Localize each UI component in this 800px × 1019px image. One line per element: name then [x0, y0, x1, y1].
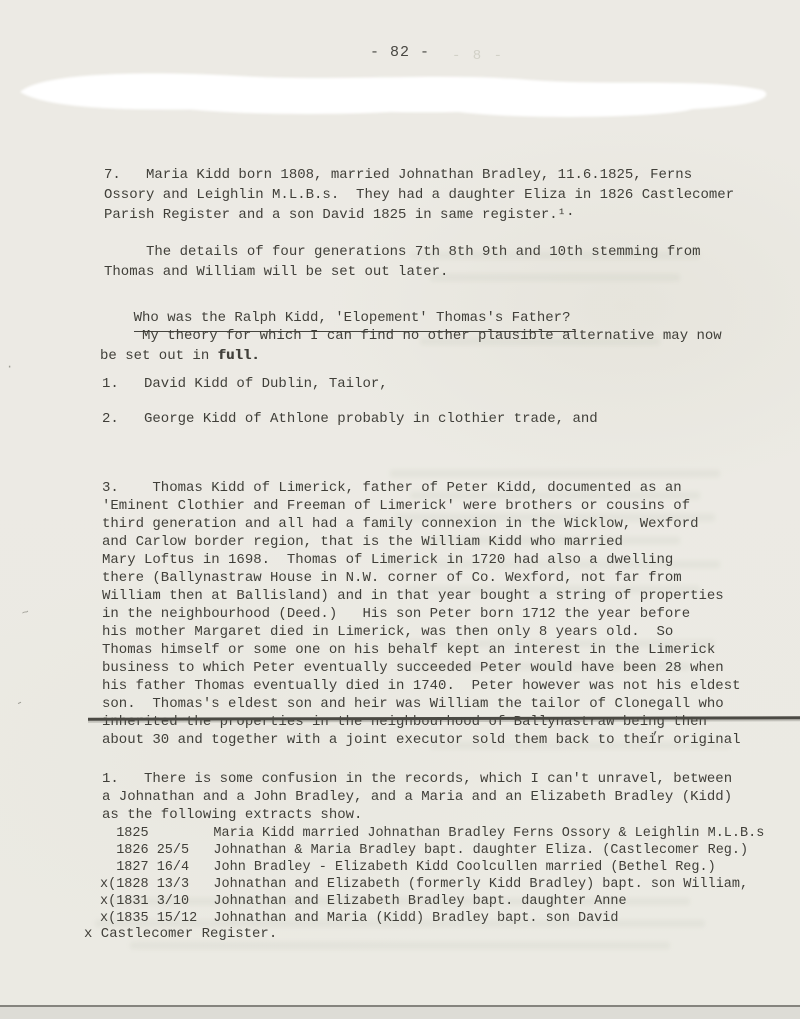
text-line: third generation and all had a family co… — [102, 515, 792, 533]
emphasized-word: full. — [218, 348, 260, 364]
text-line: business to which Peter eventually succe… — [102, 659, 792, 677]
paragraph-maria-kidd: 7. Maria Kidd born 1808, married Johnath… — [104, 165, 784, 225]
text-line: his mother Margaret died in Limerick, wa… — [102, 623, 792, 641]
text-line: son. Thomas's eldest son and heir was Wi… — [102, 695, 792, 713]
list-item-george-kidd: 2. George Kidd of Athlone probably in cl… — [102, 409, 598, 429]
text-line: x(1831 3/10 Johnathan and Elizabeth Brad… — [100, 893, 800, 910]
text-line: 7. Maria Kidd born 1808, married Johnath… — [104, 165, 784, 185]
scan-bottom-strip — [0, 1007, 800, 1019]
redaction-whiteout-blob — [8, 62, 783, 124]
text-line: William then at Ballisland) and in that … — [102, 587, 792, 605]
text-line: his father Thomas eventually died in 174… — [102, 677, 792, 695]
text-line: Ossory and Leighlin M.L.B.s. They had a … — [104, 185, 784, 205]
text-line: be set out in full. — [100, 346, 780, 366]
text-line: 1827 16/4 John Bradley - Elizabeth Kidd … — [100, 859, 800, 876]
text-line: My theory for which I can find no other … — [100, 326, 780, 346]
list-item-david-kidd: 1. David Kidd of Dublin, Tailor, — [102, 374, 388, 394]
text-line: 1826 25/5 Johnathan & Maria Bradley bapt… — [100, 842, 800, 859]
text-line: Thomas himself or some one on his behalf… — [102, 641, 792, 659]
text-line: Parish Register and a son David 1825 in … — [104, 205, 784, 225]
text-line: 3. Thomas Kidd of Limerick, father of Pe… — [102, 479, 792, 497]
text-line: Mary Loftus in 1698. Thomas of Limerick … — [102, 551, 792, 569]
register-key-note: x Castlecomer Register. — [84, 924, 277, 944]
text-line: 'Eminent Clothier and Freeman of Limeric… — [102, 497, 792, 515]
text-line: x(1828 13/3 Johnathan and Elizabeth (for… — [100, 876, 800, 893]
paragraph-theory: My theory for which I can find no other … — [100, 326, 780, 366]
text-line: and Carlow border region, that is the Wi… — [102, 533, 792, 551]
document-page: - 82 - - 8 - · ~ - 7. Maria Kidd born 18… — [0, 0, 800, 1019]
text-line: 1. There is some confusion in the record… — [102, 770, 792, 788]
text-line: in the neighbourhood (Deed.) His son Pet… — [102, 605, 792, 623]
text-line: there (Ballynastraw House in N.W. corner… — [102, 569, 792, 587]
text-line: The details of four generations 7th 8th … — [104, 242, 784, 262]
text-line: 1825 Maria Kidd married Johnathan Bradle… — [100, 825, 800, 842]
paragraph-generations-note: The details of four generations 7th 8th … — [104, 242, 784, 282]
text-line: Thomas and William will be set out later… — [104, 262, 784, 282]
page-number: - 82 - — [0, 44, 800, 61]
